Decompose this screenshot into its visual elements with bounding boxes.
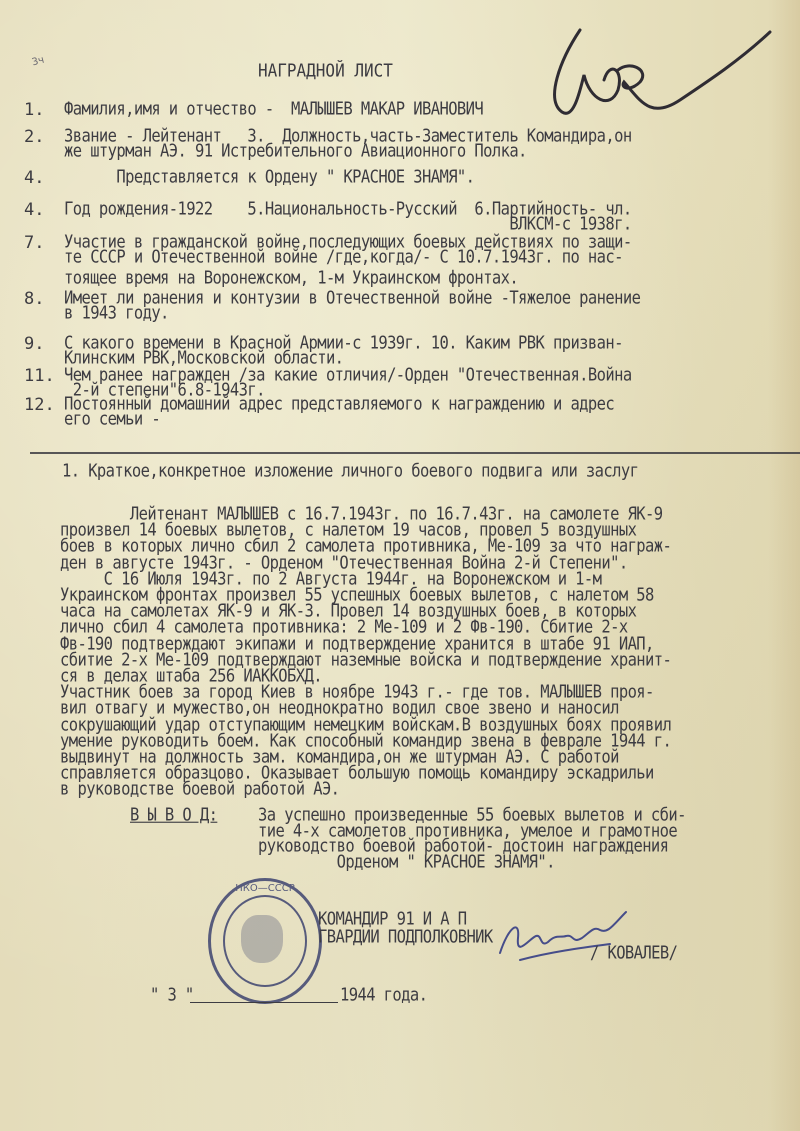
field-number: 11.: [24, 366, 55, 386]
archive-corner-mark: 3ч: [31, 55, 46, 69]
handwritten-mark: [540, 20, 780, 140]
conclusion-line: Орденом " КРАСНОЕ ЗНАМЯ".: [258, 853, 555, 871]
signature-rank: ГВАРДИИ ПОДПОЛКОВНИК: [318, 928, 493, 946]
field-line: Фамилия,имя и отчество - МАЛЫШЕВ МАКАР И…: [64, 100, 483, 118]
field-number: 1.: [24, 100, 44, 120]
field-number: 7.: [24, 233, 44, 253]
signature-position: КОМАНДИР 91 И А П: [318, 910, 466, 928]
signatory-name: / КОВАЛЕВ/: [590, 944, 677, 962]
field-number: 12.: [24, 395, 55, 415]
field-line: те СССР и Отечественной войне /где,когда…: [64, 248, 623, 266]
date-day: " 3 ": [150, 986, 194, 1004]
section-divider: [30, 452, 800, 454]
section-heading: 1. Краткое,конкретное изложение личного …: [62, 462, 638, 480]
stamp-text: НКО—СССР: [211, 883, 319, 894]
conclusion-label: В Ы В О Д:: [130, 806, 217, 824]
field-number: 4.: [24, 200, 44, 220]
date-year: 1944 года.: [340, 986, 427, 1004]
field-number: 9.: [24, 334, 44, 354]
field-number: 2.: [24, 127, 44, 147]
field-line: его семьи -: [64, 410, 160, 428]
date-month-blank: [190, 1002, 338, 1003]
field-line: тоящее время на Воронежском, 1-м Украинс…: [64, 269, 518, 287]
field-line: Представляется к Ордену " КРАСНОЕ ЗНАМЯ"…: [64, 168, 474, 186]
award-sheet-document: 3ч НАГРАДНОЙ ЛИСТ 1.Фамилия,имя и отчест…: [0, 0, 800, 1131]
field-number: 4.: [24, 168, 44, 188]
field-number: 8.: [24, 289, 44, 309]
stamp-emblem-icon: [241, 915, 283, 963]
narrative-line: в руководстве боевой работой АЭ.: [60, 780, 339, 798]
field-line: в 1943 году.: [64, 304, 169, 322]
document-title: НАГРАДНОЙ ЛИСТ: [258, 62, 393, 80]
field-line: же штурман АЭ. 91 Истребительного Авиаци…: [64, 142, 527, 160]
field-line: ВЛКСМ-с 1938г.: [64, 215, 632, 233]
official-stamp: НКО—СССР: [208, 878, 322, 1004]
